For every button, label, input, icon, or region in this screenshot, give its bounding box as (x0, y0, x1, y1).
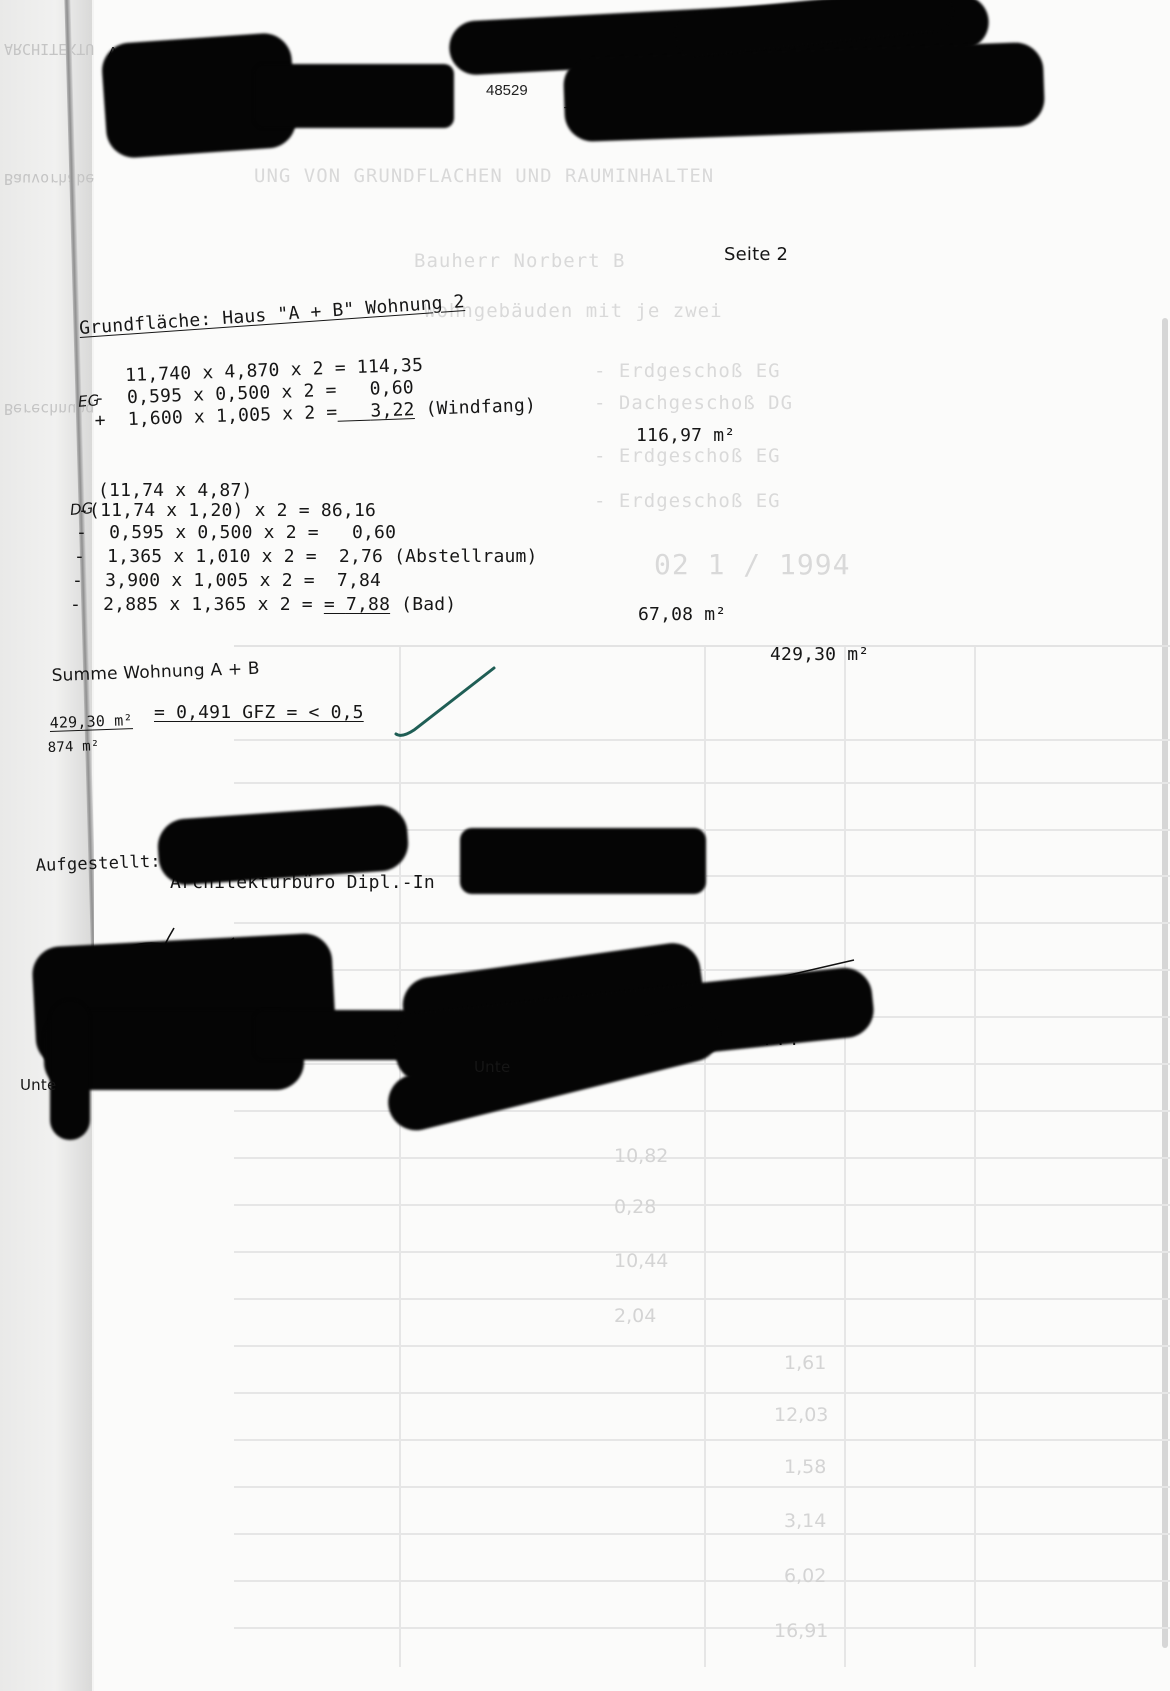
dg-line: - 1,365 x 1,010 x 2 = 2,76 (Abstellraum) (74, 546, 538, 567)
redaction (460, 828, 706, 894)
dg-line: -(11,74 x 1,20) x 2 = 86,16 (78, 500, 376, 521)
document-sheet: UNG VON GRUNDFLACHEN UND RAUMINHALTEN Ba… (94, 0, 1170, 1691)
dg-line: - 0,595 x 0,500 x 2 = 0,60 (76, 522, 396, 543)
grand-total: 429,30 m² (770, 644, 869, 665)
checkmark-icon (394, 664, 504, 740)
previous-page-edge: ARCHITEKTURB Bauvorhaben Berechnung (0, 0, 92, 1691)
dg-line: (11,74 x 4,87) (98, 480, 253, 501)
ghost-text: Bauvorhaben (4, 170, 103, 188)
dg-total: 67,08 m² (638, 604, 726, 625)
gfz-numerator: 429,30 m² (49, 711, 133, 732)
section-title-text: Grundfläche: Haus "A + B" Wohnung 2 (79, 291, 466, 339)
prepared-label: Aufgestellt: (35, 852, 161, 876)
scrollbar[interactable] (1162, 318, 1168, 1648)
dg-line: - 2,885 x 1,365 x 2 = = 7,88 (Bad) (70, 594, 456, 615)
signature-caption: Unte (474, 1058, 510, 1076)
signature-caption: Unte (20, 1076, 56, 1094)
letterhead-postcode: 48529 (486, 82, 528, 99)
redaction (563, 42, 1046, 143)
redaction (254, 64, 454, 128)
dg-line: - 3,900 x 1,005 x 2 = 7,84 (72, 570, 381, 591)
section-title: Grundfläche: Haus "A + B" Wohnung 2 (79, 291, 466, 339)
ghost-table (234, 645, 1170, 1667)
gfz-result: = 0,491 GFZ = < 0,5 (154, 702, 364, 723)
eg-total: 116,97 m² (636, 425, 735, 446)
page-number: Seite 2 (724, 244, 788, 265)
gfz-denominator: 874 m² (47, 738, 99, 756)
redaction (50, 1000, 90, 1140)
